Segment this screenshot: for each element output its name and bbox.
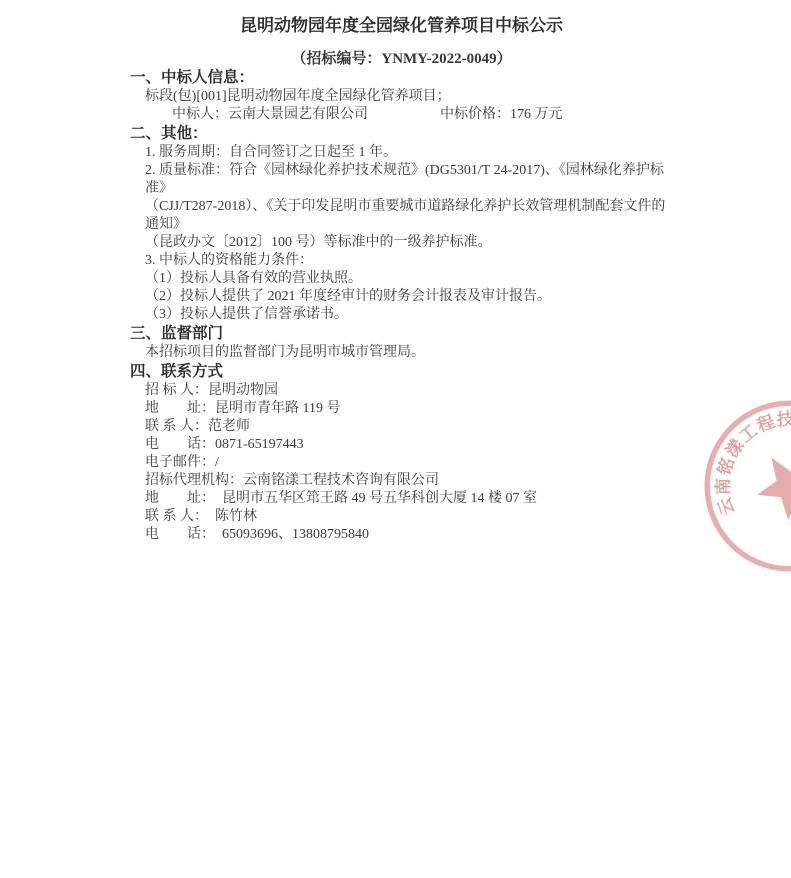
tenderer-email-value: / <box>215 455 219 470</box>
condition-1-line: （1）投标人具备有效的营业执照。 <box>130 270 673 288</box>
tenderer-name-label: 招 标 人： <box>145 383 208 398</box>
section1-heading: 一、中标人信息： <box>130 68 673 88</box>
tenderer-email-row: 电子邮件：/ <box>130 454 673 472</box>
tenderer-email-label: 电子邮件： <box>145 455 215 470</box>
agency-contact-row: 联 系 人： 陈竹林 <box>130 508 673 526</box>
agency-address-value: 昆明市五华区筇王路 49 号五华科创大厦 14 楼 07 室 <box>222 491 537 506</box>
tender-number: （招标编号：YNMY-2022-0049） <box>130 50 673 68</box>
quality-standard-line: 2. 质量标准：符合《园林绿化养护技术规范》(DG5301/T 24-2017)… <box>130 162 673 198</box>
agency-phone-row: 电 话： 65093696、13808795840 <box>130 526 673 544</box>
tenderer-phone-label: 电 话： <box>145 437 215 452</box>
agency-name-row: 招标代理机构：云南铭漾工程技术咨询有限公司 <box>130 472 673 490</box>
tenderer-contact-row: 联 系 人：范老师 <box>130 418 673 436</box>
standard-level-line: （昆政办文〔2012〕100 号）等标准中的一级养护标准。 <box>130 234 673 252</box>
tenderer-phone-row: 电 话：0871-65197443 <box>130 436 673 454</box>
price-value: 176 万元 <box>510 107 563 122</box>
service-period-line: 1. 服务周期：自合同签订之日起至 1 年。 <box>130 144 673 162</box>
document-page: 昆明动物园年度全园绿化管养项目中标公示 （招标编号：YNMY-2022-0049… <box>0 0 791 878</box>
document-body: 昆明动物园年度全园绿化管养项目中标公示 （招标编号：YNMY-2022-0049… <box>0 0 791 544</box>
tenderer-name-value: 昆明动物园 <box>208 383 278 398</box>
agency-phone-value: 65093696、13808795840 <box>222 527 369 542</box>
tenderer-contact-value: 范老师 <box>208 419 250 434</box>
tenderer-address-row: 地 址：昆明市青年路 119 号 <box>130 400 673 418</box>
price-label: 中标价格： <box>440 107 510 122</box>
lot-line: 标段(包)[001]昆明动物园年度全园绿化管养项目； <box>130 88 673 106</box>
agency-address-label: 地 址： <box>145 491 222 506</box>
tenderer-address-value: 昆明市青年路 119 号 <box>215 401 340 416</box>
section2-heading: 二、其他： <box>130 124 673 144</box>
tenderer-address-label: 地 址： <box>145 401 215 416</box>
qualification-line: 3. 中标人的资格能力条件： <box>130 252 673 270</box>
tenderer-phone-value: 0871-65197443 <box>215 437 304 452</box>
agency-name-value: 云南铭漾工程技术咨询有限公司 <box>243 473 439 488</box>
agency-name-label: 招标代理机构： <box>145 473 243 488</box>
section4-heading: 四、联系方式 <box>130 362 673 382</box>
tenderer-contact-label: 联 系 人： <box>145 419 208 434</box>
standard-cjj-line: （CJJ/T287-2018）、《关于印发昆明市重要城市道路绿化养护长效管理机制… <box>130 198 673 234</box>
price-group: 中标价格：176 万元 <box>440 107 563 122</box>
agency-contact-value: 陈竹林 <box>215 509 257 524</box>
winner-value: 云南大景园艺有限公司 <box>228 107 368 122</box>
winner-line: 中标人：云南大景园艺有限公司中标价格：176 万元 <box>130 106 673 124</box>
tenderer-name-row: 招 标 人：昆明动物园 <box>130 382 673 400</box>
page-title: 昆明动物园年度全园绿化管养项目中标公示 <box>130 16 673 36</box>
condition-2-line: （2）投标人提供了 2021 年度经审计的财务会计报表及审计报告。 <box>130 288 673 306</box>
condition-3-line: （3）投标人提供了信誉承诺书。 <box>130 306 673 324</box>
agency-phone-label: 电 话： <box>145 527 222 542</box>
supervision-line: 本招标项目的监督部门为昆明市城市管理局。 <box>130 344 673 362</box>
section3-heading: 三、监督部门 <box>130 324 673 344</box>
agency-address-row: 地 址： 昆明市五华区筇王路 49 号五华科创大厦 14 楼 07 室 <box>130 490 673 508</box>
agency-contact-label: 联 系 人： <box>145 509 215 524</box>
winner-label: 中标人： <box>172 107 228 122</box>
